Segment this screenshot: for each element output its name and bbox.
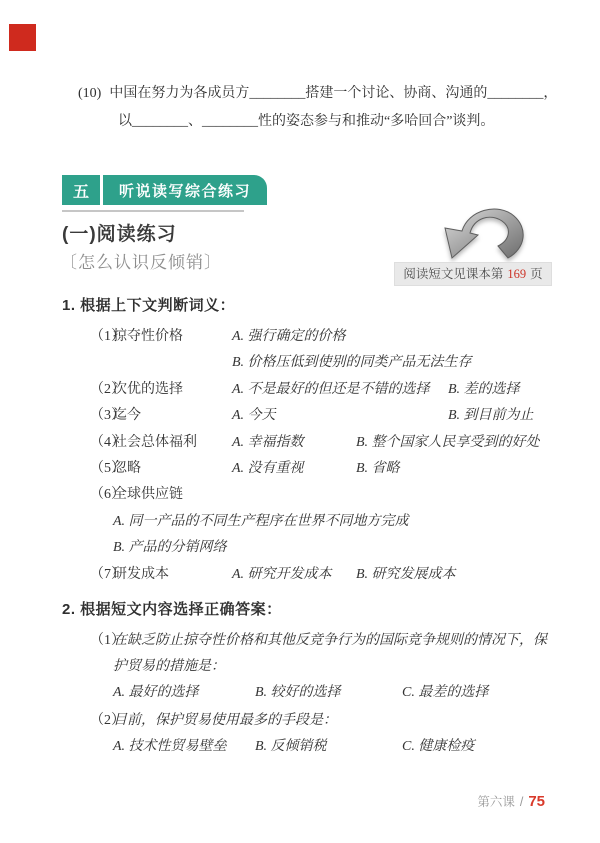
exercise2-title: 2. 根据短文内容选择正确答案： xyxy=(62,598,282,619)
exercise2-body: （1） 在缺乏防止掠夺性价格和其他反竞争行为的国际竞争规则的情况下，保 护贸易的… xyxy=(90,628,570,760)
mc-question-1: （1） 在缺乏防止掠夺性价格和其他反竞争行为的国际竞争规则的情况下，保 xyxy=(90,628,570,654)
vocab-item-6: （6） 全球供应链 xyxy=(90,482,570,508)
vocab-item-4: （4） 社会总体福利 A. 幸福指数 B. 整个国家人民享受到的好处 xyxy=(90,430,570,456)
vocab-term: 研发成本 xyxy=(113,562,232,588)
section-number-badge: 五 xyxy=(62,175,100,205)
note-prefix: 阅读短文见课本第 xyxy=(403,267,503,281)
note-suffix: 页 xyxy=(530,267,543,281)
option-c: C. 最差的选择 xyxy=(402,680,488,706)
vocab-term: 社会总体福利 xyxy=(113,430,232,456)
vocab-item-2: （2） 次优的选择 A. 不是最好的但还是不错的选择 B. 差的选择 xyxy=(90,377,570,403)
item-number: （5） xyxy=(90,456,113,482)
item-number: （6） xyxy=(90,482,113,508)
reference-note: 阅读短文见课本第169页 xyxy=(394,262,552,286)
option-a: A. 最好的选择 xyxy=(113,680,255,706)
mc-question-2: （2） 目前，保护贸易使用最多的手段是： xyxy=(90,708,570,734)
vocab-item-3: （3） 迄今 A. 今天 B. 到目前为止 xyxy=(90,403,570,429)
vocab-item-7: （7） 研发成本 A. 研究开发成本 B. 研究发展成本 xyxy=(90,562,570,588)
item-number: （7） xyxy=(90,562,113,588)
lesson-label: 第六课 xyxy=(477,792,515,810)
option-b: B. 较好的选择 xyxy=(255,680,402,706)
exercise1-title: 1. 根据上下文判断词义： xyxy=(62,294,235,315)
option-b: B. 价格压低到使别的同类产品无法生存 xyxy=(232,350,472,376)
option-b: B. 产品的分销网络 xyxy=(113,535,227,561)
item-number: （2） xyxy=(90,708,113,734)
option-a: A. 同一产品的不同生产程序在世界不同地方完成 xyxy=(113,509,409,535)
vocab-item-6-option-b: B. 产品的分销网络 xyxy=(90,535,570,561)
option-a: A. 今天 xyxy=(232,403,448,429)
section-divider xyxy=(62,210,244,212)
item-number: （4） xyxy=(90,430,113,456)
item-number: （2） xyxy=(90,377,113,403)
option-b: B. 省略 xyxy=(356,456,400,482)
vocab-item-6-option-a: A. 同一产品的不同生产程序在世界不同地方完成 xyxy=(90,509,570,535)
exercise1-body: （1） 掠夺性价格 A. 强行确定的价格 B. 价格压低到使别的同类产品无法生存… xyxy=(90,324,570,588)
section-title: 听说读写综合练习 xyxy=(103,175,267,205)
question-stem-line-1: 目前，保护贸易使用最多的手段是： xyxy=(113,708,337,734)
vocab-term: 掠夺性价格 xyxy=(113,324,232,350)
mc-question-1-continued: 护贸易的措施是： xyxy=(90,654,570,680)
question-line-2: 以________、________性的姿态参与和推动“多哈回合”谈判。 xyxy=(118,108,557,136)
fill-in-question-10: (10) 中国在努力为各成员方________搭建一个讨论、协商、沟通的____… xyxy=(78,80,557,136)
question-line-1: 中国在努力为各成员方________搭建一个讨论、协商、沟通的________， xyxy=(109,80,557,108)
footer-separator: / xyxy=(520,795,523,809)
subsection-title: (一)阅读练习 xyxy=(62,219,177,246)
vocab-term: 全球供应链 xyxy=(113,482,232,508)
page-footer: 第六课 / 75 xyxy=(477,792,545,810)
option-b: B. 整个国家人民享受到的好处 xyxy=(356,430,540,456)
option-a: A. 不是最好的但还是不错的选择 xyxy=(232,377,448,403)
question-number: (10) xyxy=(78,80,101,108)
option-b: B. 反倾销税 xyxy=(255,734,402,760)
passage-title: 〔怎么认识反倾销〕 xyxy=(60,248,222,273)
option-a: A. 技术性贸易壁垒 xyxy=(113,734,255,760)
option-a: A. 没有重视 xyxy=(232,456,356,482)
option-b: B. 到目前为止 xyxy=(448,403,534,429)
option-b: B. 研究发展成本 xyxy=(356,562,456,588)
question-stem-line-1: 在缺乏防止掠夺性价格和其他反竞争行为的国际竞争规则的情况下，保 xyxy=(113,628,547,654)
vocab-term: 次优的选择 xyxy=(113,377,232,403)
option-a: A. 强行确定的价格 xyxy=(232,324,346,350)
mc-question-1-options: A. 最好的选择 B. 较好的选择 C. 最差的选择 xyxy=(90,680,570,706)
page-number: 75 xyxy=(528,793,545,810)
textbook-page: (10) 中国在努力为各成员方________搭建一个讨论、协商、沟通的____… xyxy=(0,0,600,843)
option-c: C. 健康检疫 xyxy=(402,734,474,760)
option-a: A. 研究开发成本 xyxy=(232,562,356,588)
section-header: 五 听说读写综合练习 xyxy=(62,175,267,205)
vocab-item-1: （1） 掠夺性价格 A. 强行确定的价格 xyxy=(90,324,570,350)
red-corner-marker xyxy=(9,24,36,51)
vocab-item-1-option-b: B. 价格压低到使别的同类产品无法生存 xyxy=(90,350,570,376)
option-a: A. 幸福指数 xyxy=(232,430,356,456)
vocab-item-5: （5） 忽略 A. 没有重视 B. 省略 xyxy=(90,456,570,482)
vocab-term: 忽略 xyxy=(113,456,232,482)
vocab-term: 迄今 xyxy=(113,403,232,429)
item-number: （3） xyxy=(90,403,113,429)
item-number: （1） xyxy=(90,628,113,654)
note-page-number: 169 xyxy=(507,267,526,281)
undo-arrow-icon xyxy=(436,198,528,260)
question-stem-line-2: 护贸易的措施是： xyxy=(113,654,225,680)
item-number: （1） xyxy=(90,324,113,350)
mc-question-2-options: A. 技术性贸易壁垒 B. 反倾销税 C. 健康检疫 xyxy=(90,734,570,760)
option-b: B. 差的选择 xyxy=(448,377,520,403)
